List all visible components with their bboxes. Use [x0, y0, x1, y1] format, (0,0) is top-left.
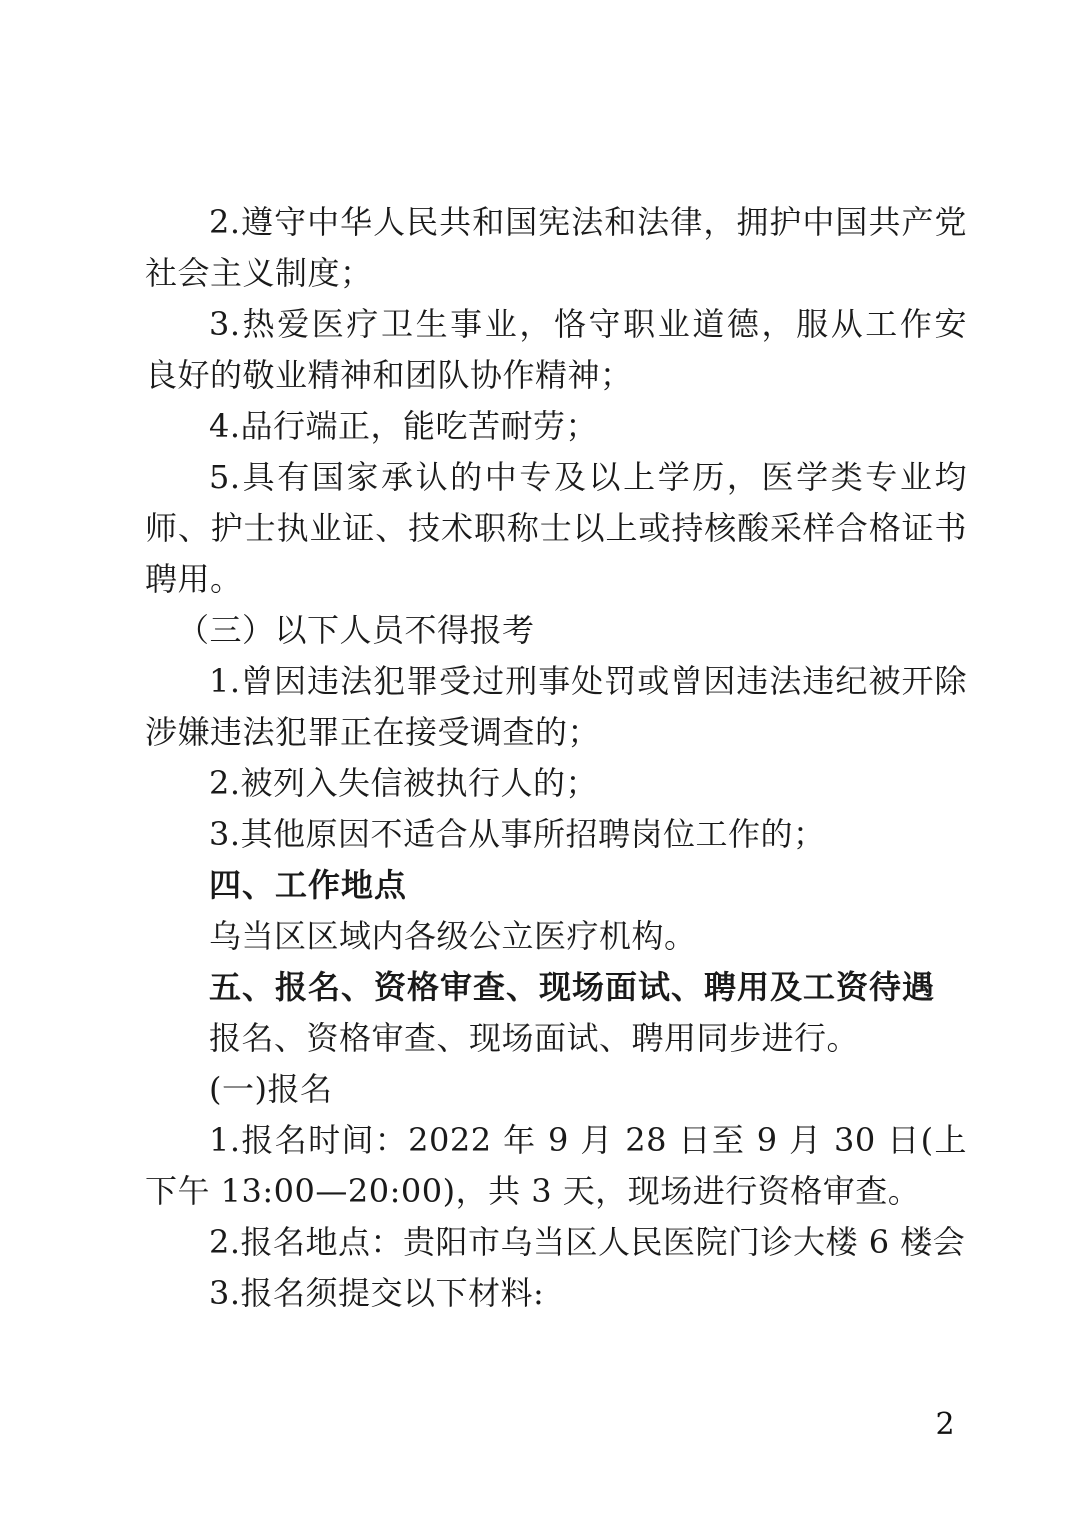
section-heading-registration: 五、报名、资格审查、现场面试、聘用及工资待遇: [145, 962, 967, 1013]
section-heading-work-location: 四、工作地点: [145, 860, 967, 911]
body-text-line: 报名、资格审查、现场面试、聘用同步进行。: [145, 1013, 967, 1064]
body-text-line: 3.报名须提交以下材料:: [145, 1268, 967, 1319]
body-text-line: 1.曾因违法犯罪受过刑事处罚或曾因违法违纪被开除的或: [145, 656, 967, 707]
body-text-line: 2.报名地点：贵阳市乌当区人民医院门诊大楼 6 楼会议室。: [145, 1217, 967, 1268]
document-body: 2.遵守中华人民共和国宪法和法律，拥护中国共产党领导和 社会主义制度； 3.热爱…: [145, 197, 967, 1319]
body-text-line: 乌当区区域内各级公立医疗机构。: [145, 911, 967, 962]
document-page: 2.遵守中华人民共和国宪法和法律，拥护中国共产党领导和 社会主义制度； 3.热爱…: [0, 0, 1074, 1520]
page-number: 2: [915, 1402, 975, 1448]
body-text-line: 聘用。: [145, 554, 967, 605]
body-text-line: 4.品行端正，能吃苦耐劳；: [145, 401, 967, 452]
body-text-line: 社会主义制度；: [145, 248, 967, 299]
body-text-line: 2.被列入失信被执行人的；: [145, 758, 967, 809]
body-text-line: 3.其他原因不适合从事所招聘岗位工作的；: [145, 809, 967, 860]
body-text-line: 师、护士执业证、技术职称士以上或持核酸采样合格证书的优先: [145, 503, 967, 554]
subsection-heading-signup: (一)报名: [145, 1064, 967, 1115]
subsection-heading-ineligible: （三）以下人员不得报考: [145, 605, 967, 656]
body-text-line: 3.热爱医疗卫生事业，恪守职业道德，服从工作安排，具有: [145, 299, 967, 350]
body-text-line: 良好的敬业精神和团队协作精神；: [145, 350, 967, 401]
body-text-line: 下午 13:00—20:00)，共 3 天，现场进行资格审查。: [145, 1166, 967, 1217]
body-text-line: 5.具有国家承认的中专及以上学历，医学类专业均可。有医: [145, 452, 967, 503]
body-text-line: 2.遵守中华人民共和国宪法和法律，拥护中国共产党领导和: [145, 197, 967, 248]
body-text-line: 1.报名时间：2022 年 9 月 28 日至 9 月 30 日(上午 9:00…: [145, 1115, 967, 1166]
body-text-line: 涉嫌违法犯罪正在接受调查的；: [145, 707, 967, 758]
